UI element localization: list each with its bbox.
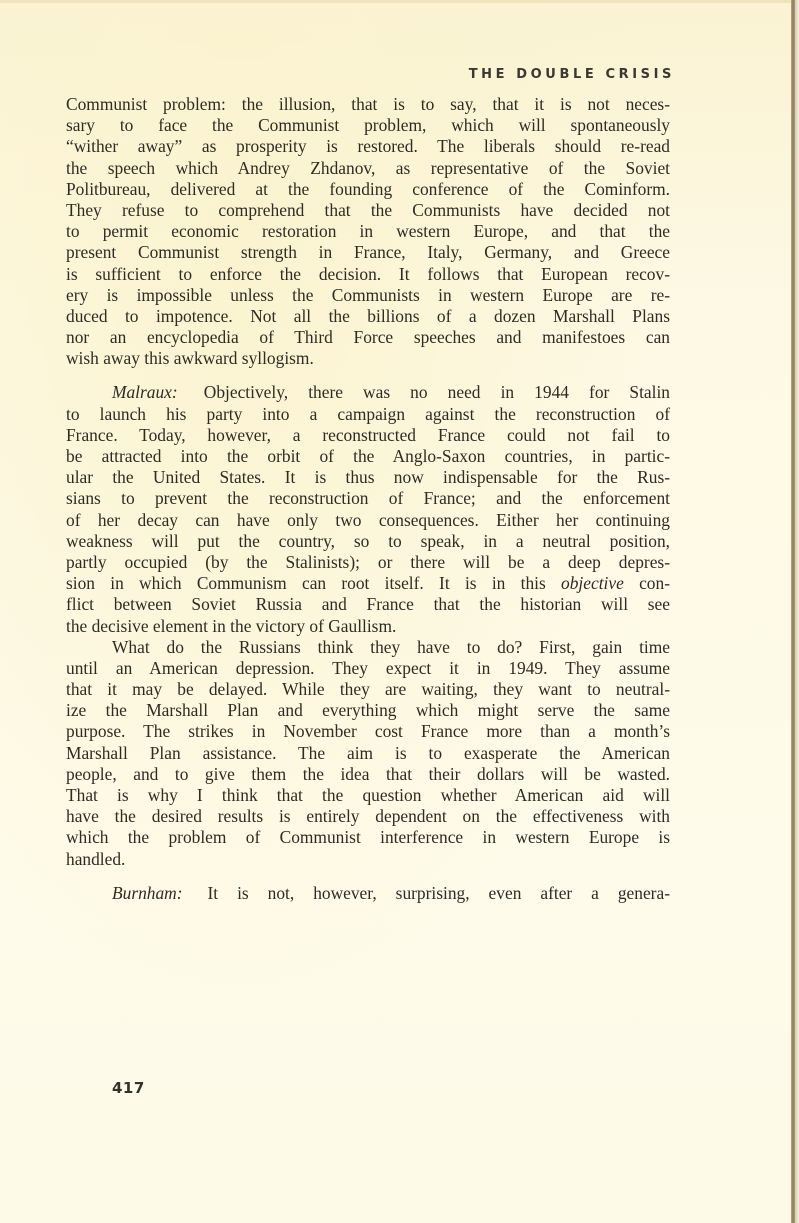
text-line: Marshall Plan assistance. The aim is to … bbox=[66, 743, 670, 764]
text-line: ular the United States. It is thus now i… bbox=[66, 467, 670, 488]
text-line-emphasis: sion in which Communism can root itself.… bbox=[66, 573, 670, 594]
page-number: 417 bbox=[112, 1079, 145, 1097]
text-span: Objectively, there was no need in 1944 f… bbox=[204, 382, 670, 402]
text-line: of her decay can have only two consequen… bbox=[66, 510, 670, 531]
text-line: which the problem of Communist interfere… bbox=[66, 827, 670, 848]
text-line: nor an encyclopedia of Third Force speec… bbox=[66, 327, 670, 348]
speaker-name: Burnham: bbox=[112, 883, 183, 903]
text-line: duced to impotence. Not all the billions… bbox=[66, 306, 670, 327]
text-line: What do the Russians think they have to … bbox=[66, 637, 670, 658]
text-line: Politbureau, delivered at the founding c… bbox=[66, 179, 670, 200]
speaker-name: Malraux: bbox=[112, 382, 178, 402]
text-line: partly occupied (by the Stalinists); or … bbox=[66, 552, 670, 573]
text-line: wish away this awkward syllogism. bbox=[66, 348, 670, 369]
book-page: THE DOUBLE CRISIS Communist problem: the… bbox=[0, 0, 799, 1223]
text-line: present Communist strength in France, It… bbox=[66, 242, 670, 263]
text-line: They refuse to comprehend that the Commu… bbox=[66, 200, 670, 221]
text-span: con- bbox=[639, 573, 670, 593]
text-line: the decisive element in the victory of G… bbox=[66, 616, 670, 637]
text-line: have the desired results is entirely dep… bbox=[66, 806, 670, 827]
text-line: France. Today, however, a reconstructed … bbox=[66, 425, 670, 446]
text-line: “wither away” as prosperity is restored.… bbox=[66, 136, 670, 157]
text-line: people, and to give them the idea that t… bbox=[66, 764, 670, 785]
text-line: until an American depression. They expec… bbox=[66, 658, 670, 679]
paragraph-burnham: Burnham: It is not, however, surprising,… bbox=[66, 883, 670, 904]
running-head: THE DOUBLE CRISIS bbox=[469, 67, 675, 82]
text-line: sary to face the Communist problem, whic… bbox=[66, 115, 670, 136]
text-line: to permit economic restoration in wester… bbox=[66, 221, 670, 242]
speaker-line: Malraux: Objectively, there was no need … bbox=[66, 382, 670, 403]
paragraph-gap bbox=[66, 870, 670, 883]
text-span: sion in which Communism can root itself.… bbox=[66, 573, 546, 593]
text-line: Communist problem: the illusion, that is… bbox=[66, 94, 670, 115]
page-edge-outer bbox=[795, 0, 799, 1223]
paragraph-russians: What do the Russians think they have to … bbox=[66, 637, 670, 870]
page-top-edge bbox=[0, 0, 799, 3]
text-line: ize the Marshall Plan and everything whi… bbox=[66, 700, 670, 721]
paragraph-gap bbox=[66, 369, 670, 382]
text-span: It is not, however, surprising, even aft… bbox=[208, 883, 670, 903]
text-line: weakness will put the country, so to spe… bbox=[66, 531, 670, 552]
body-text: Communist problem: the illusion, that is… bbox=[66, 94, 670, 904]
speaker-line: Burnham: It is not, however, surprising,… bbox=[66, 883, 670, 904]
text-line: ery is impossible unless the Communists … bbox=[66, 285, 670, 306]
text-line: to launch his party into a campaign agai… bbox=[66, 404, 670, 425]
text-line: That is why I think that the question wh… bbox=[66, 785, 670, 806]
text-line: handled. bbox=[66, 849, 670, 870]
text-line: sians to prevent the reconstruction of F… bbox=[66, 488, 670, 509]
emphasis-word: objective bbox=[561, 573, 624, 593]
paragraph-malraux: Malraux: Objectively, there was no need … bbox=[66, 382, 670, 636]
text-line: that it may be delayed. While they are w… bbox=[66, 679, 670, 700]
text-line: flict between Soviet Russia and France t… bbox=[66, 594, 670, 615]
text-line: purpose. The strikes in November cost Fr… bbox=[66, 721, 670, 742]
paragraph-continuation: Communist problem: the illusion, that is… bbox=[66, 94, 670, 369]
text-line: is sufficient to enforce the decision. I… bbox=[66, 264, 670, 285]
text-line: the speech which Andrey Zhdanov, as repr… bbox=[66, 158, 670, 179]
text-line: be attracted into the orbit of the Anglo… bbox=[66, 446, 670, 467]
